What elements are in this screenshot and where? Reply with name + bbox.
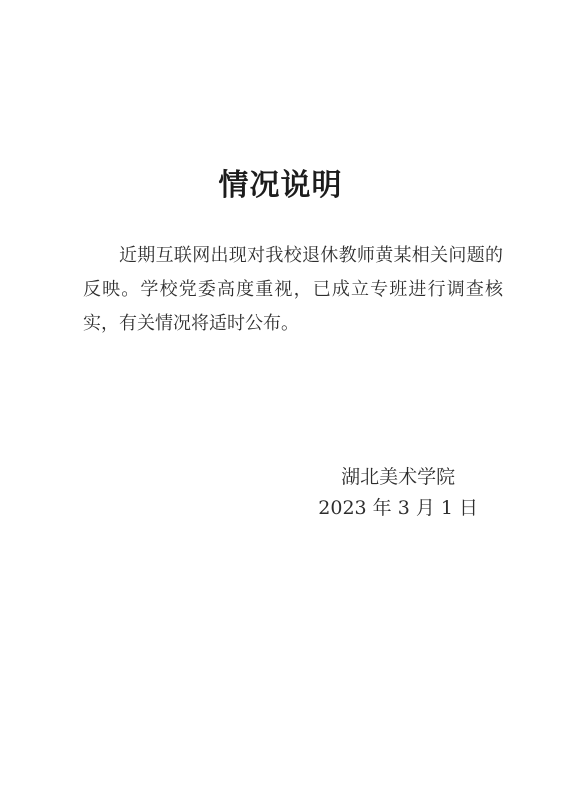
document-page: 情况说明 近期互联网出现对我校退休教师黄某相关问题的反映。学校党委高度重视，已成… bbox=[0, 0, 587, 799]
page-title: 情况说明 bbox=[0, 160, 574, 204]
signature-organization: 湖北美术学院 bbox=[318, 462, 478, 493]
signature-date: 2023 年 3 月 1 日 bbox=[318, 493, 478, 524]
signoff-block: 湖北美术学院 2023 年 3 月 1 日 bbox=[318, 462, 478, 524]
body-paragraph: 近期互联网出现对我校退休教师黄某相关问题的反映。学校党委高度重视，已成立专班进行… bbox=[83, 239, 503, 341]
